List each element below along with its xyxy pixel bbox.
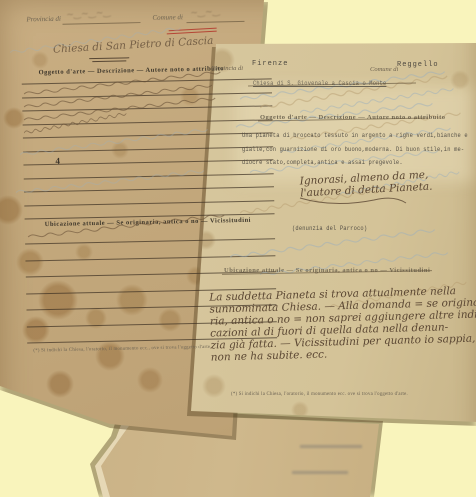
- comune-value: Reggello: [397, 61, 439, 69]
- comune-label: Comune di: [370, 66, 398, 73]
- front-footnote: (*) Si indichi la Chiesa, l'oratorio, il…: [231, 392, 408, 397]
- handwritten-note: Ignorasi, almeno da me, l'autore di dett…: [299, 169, 432, 200]
- parroco-note: (denunzia del Parroco): [292, 225, 367, 232]
- archival-scan: Provincia di ~‿~‿~‿ Comune di ~‿~‿ Chies…: [0, 0, 476, 497]
- handwritten-location-paragraph: La suddetta Pianeta si trova attualmente…: [209, 284, 476, 363]
- front-form-content: Provincia di Firenze Comune di Reggello …: [0, 0, 476, 497]
- typed-description: Una pianeta di broccato tessuto in argen…: [242, 132, 476, 166]
- province-label: Provincia di: [211, 65, 243, 72]
- province-value: Firenze: [252, 60, 288, 68]
